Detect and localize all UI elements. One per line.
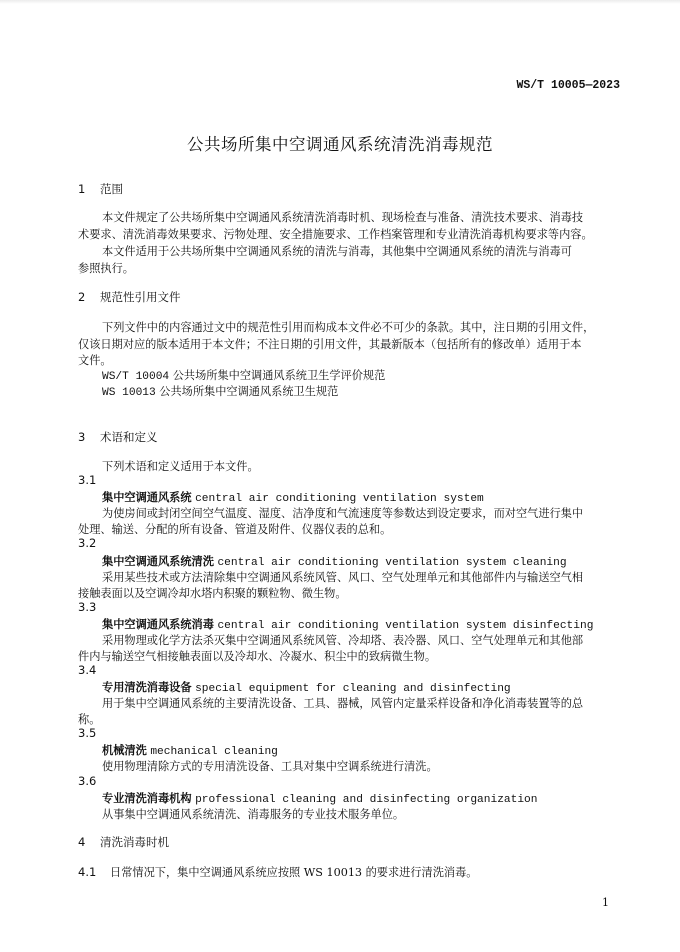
term-number: 3.1 <box>78 473 96 487</box>
term-zh: 集中空调通风系统消毒 <box>102 618 214 631</box>
section-number: 3 <box>78 430 100 444</box>
term-number: 3.3 <box>78 600 96 614</box>
section-title: 术语和定义 <box>100 430 158 444</box>
term-en: central air conditioning ventilation sys… <box>195 493 484 505</box>
section-number: 1 <box>78 182 100 196</box>
term-en: professional cleaning and disinfecting o… <box>195 794 537 806</box>
term-number: 3.6 <box>78 774 96 788</box>
reference-code: WS 10013 <box>102 387 156 399</box>
clause-number: 4.1 <box>78 865 110 879</box>
paragraph-line: 下列文件中的内容通过文中的规范性引用而构成本文件必不可少的条款。其中，注日期的引… <box>102 319 594 335</box>
paragraph-line: 本文件规定了公共场所集中空调通风系统清洗消毒时机、现场检查与准备、清洗技术要求、… <box>102 209 583 225</box>
paragraph-line: 本文件适用于公共场所集中空调通风系统的清洗与消毒，其他集中空调通风系统的清洗与消… <box>102 243 572 259</box>
term-zh: 机械清洗 <box>102 744 147 757</box>
term-en: central air conditioning ventilation sys… <box>217 557 566 569</box>
reference-item: WS 10013 公共场所集中空调通风系统卫生规范 <box>102 383 338 399</box>
standard-code: WS/T 10005—2023 <box>516 79 620 92</box>
term-zh: 专业清洗消毒机构 <box>102 792 192 805</box>
page-top-shadow <box>0 0 680 4</box>
term-zh: 专用清洗消毒设备 <box>102 681 192 694</box>
reference-name: 公共场所集中空调通风系统卫生规范 <box>159 385 338 398</box>
paragraph-line: 术要求、清洗消毒效果要求、污物处理、安全措施要求、工作档案管理和专业清洗消毒机构… <box>78 226 593 242</box>
definition-line: 采用某些技术或方法清除集中空调通风系统风管、风口、空气处理单元和其他部件内与输送… <box>102 569 583 585</box>
term-entry: 机械清洗 mechanical cleaning <box>102 742 278 758</box>
section-title: 范围 <box>100 182 123 196</box>
paragraph-line: 下列术语和定义适用于本文件。 <box>102 458 259 474</box>
term-zh: 集中空调通风系统清洗 <box>102 555 214 568</box>
term-number: 3.4 <box>78 663 96 677</box>
section-3-heading: 3术语和定义 <box>78 429 158 445</box>
definition-line: 为使房间或封闭空间空气温度、湿度、洁净度和气流速度等参数达到设定要求，而对空气进… <box>102 505 583 521</box>
definition-line: 采用物理或化学方法杀灭集中空调通风系统风管、冷却塔、表冷器、风口、空气处理单元和… <box>102 632 583 648</box>
term-entry: 集中空调通风系统消毒 central air conditioning vent… <box>102 616 593 632</box>
definition-line: 称。 <box>78 711 100 727</box>
reference-name: 公共场所集中空调通风系统卫生学评价规范 <box>173 369 386 382</box>
section-4-heading: 4清洗消毒时机 <box>78 834 169 850</box>
term-en: mechanical cleaning <box>150 746 278 758</box>
document-title: 公共场所集中空调通风系统清洗消毒规范 <box>0 131 680 155</box>
clause-4-1: 4.1日常情况下，集中空调通风系统应按照 WS 10013 的要求进行清洗消毒。 <box>78 864 478 880</box>
section-title: 清洗消毒时机 <box>100 835 169 849</box>
definition-line: 用于集中空调通风系统的主要清洗设备、工具、器械，风管内定量采样设备和净化消毒装置… <box>102 695 583 711</box>
definition-line: 从事集中空调通风系统清洗、消毒服务的专业技术服务单位。 <box>102 806 404 822</box>
term-entry: 专业清洗消毒机构 professional cleaning and disin… <box>102 790 537 806</box>
reference-item: WS/T 10004 公共场所集中空调通风系统卫生学评价规范 <box>102 367 385 383</box>
paragraph-line: 仅该日期对应的版本适用于本文件；不注日期的引用文件，其最新版本（包括所有的修改单… <box>78 336 581 352</box>
term-entry: 集中空调通风系统清洗 central air conditioning vent… <box>102 553 567 569</box>
term-number: 3.5 <box>78 726 96 740</box>
definition-line: 接触表面以及空调冷却水塔内积聚的颗粒物、微生物。 <box>78 585 347 601</box>
section-2-heading: 2规范性引用文件 <box>78 289 181 305</box>
page-number: 1 <box>602 896 609 909</box>
term-en: central air conditioning ventilation sys… <box>217 620 593 632</box>
clause-text: 日常情况下，集中空调通风系统应按照 WS 10013 的要求进行清洗消毒。 <box>110 866 478 879</box>
term-entry: 专用清洗消毒设备 special equipment for cleaning … <box>102 679 511 695</box>
definition-line: 使用物理清除方式的专用清洗设备、工具对集中空调系统进行清洗。 <box>102 758 438 774</box>
section-number: 4 <box>78 835 100 849</box>
term-en: special equipment for cleaning and disin… <box>195 683 511 695</box>
term-entry: 集中空调通风系统 central air conditioning ventil… <box>102 489 484 505</box>
term-number: 3.2 <box>78 536 96 550</box>
paragraph-line: 参照执行。 <box>78 260 134 276</box>
definition-line: 件内与输送空气相接触表面以及冷却水、冷凝水、积尘中的致病微生物。 <box>78 648 436 664</box>
section-title: 规范性引用文件 <box>100 290 181 304</box>
reference-code: WS/T 10004 <box>102 371 169 383</box>
paragraph-line: 文件。 <box>78 352 112 368</box>
term-zh: 集中空调通风系统 <box>102 491 192 504</box>
section-1-heading: 1范围 <box>78 181 123 197</box>
section-number: 2 <box>78 290 100 304</box>
definition-line: 处理、输送、分配的所有设备、管道及附件、仪器仪表的总和。 <box>78 521 391 537</box>
